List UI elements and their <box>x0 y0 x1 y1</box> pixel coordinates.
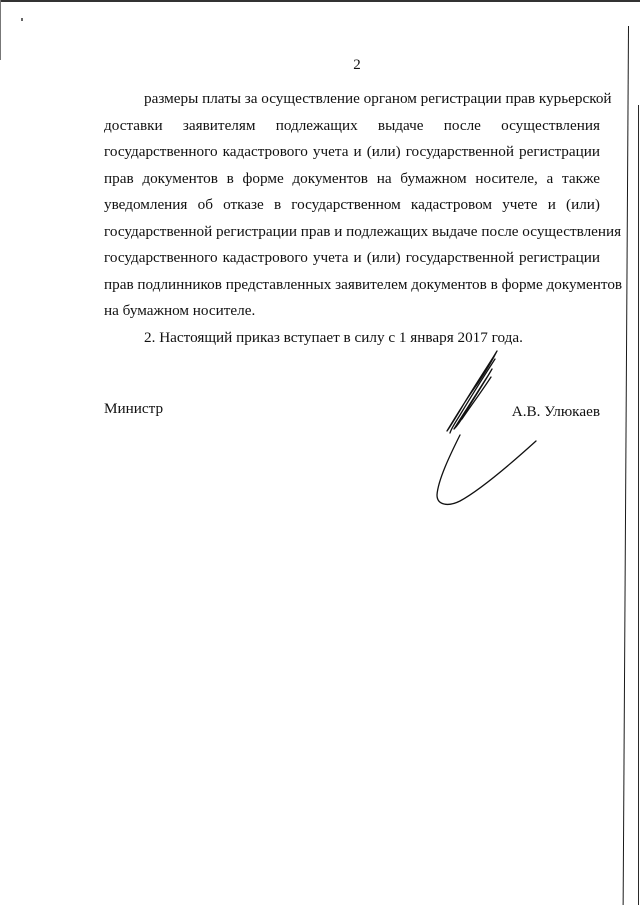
page-number: 2 <box>0 57 640 74</box>
paragraph-1-line: прав подлинников представленных заявител… <box>104 272 600 299</box>
paragraph-1-line: государственного кадастрового учета и (и… <box>104 245 600 272</box>
paragraph-1-line: доставки заявителям подлежащих выдаче по… <box>104 113 600 140</box>
scan-right-edge-line <box>638 105 639 905</box>
paragraph-1-line: государственной регистрации прав и подле… <box>104 219 600 246</box>
scan-right-border-line <box>623 26 629 905</box>
paragraph-1-line: размеры платы за осуществление органом р… <box>104 86 600 113</box>
paragraph-1-line: уведомления об отказе в государственном … <box>104 192 600 219</box>
scan-speck <box>21 18 23 21</box>
paragraph-1-line: на бумажном носителе. <box>104 298 600 325</box>
scan-top-edge <box>0 0 640 2</box>
paragraph-1-line: государственного кадастрового учета и (и… <box>104 139 600 166</box>
paragraph-1: размеры платы за осуществление органом р… <box>104 86 600 325</box>
handwritten-signature-icon <box>420 345 560 515</box>
paragraph-1-line: прав документов в форме документов на бу… <box>104 166 600 193</box>
document-body: размеры платы за осуществление органом р… <box>104 86 600 351</box>
signatory-position: Министр <box>104 400 163 418</box>
scan-left-edge <box>0 0 1 60</box>
